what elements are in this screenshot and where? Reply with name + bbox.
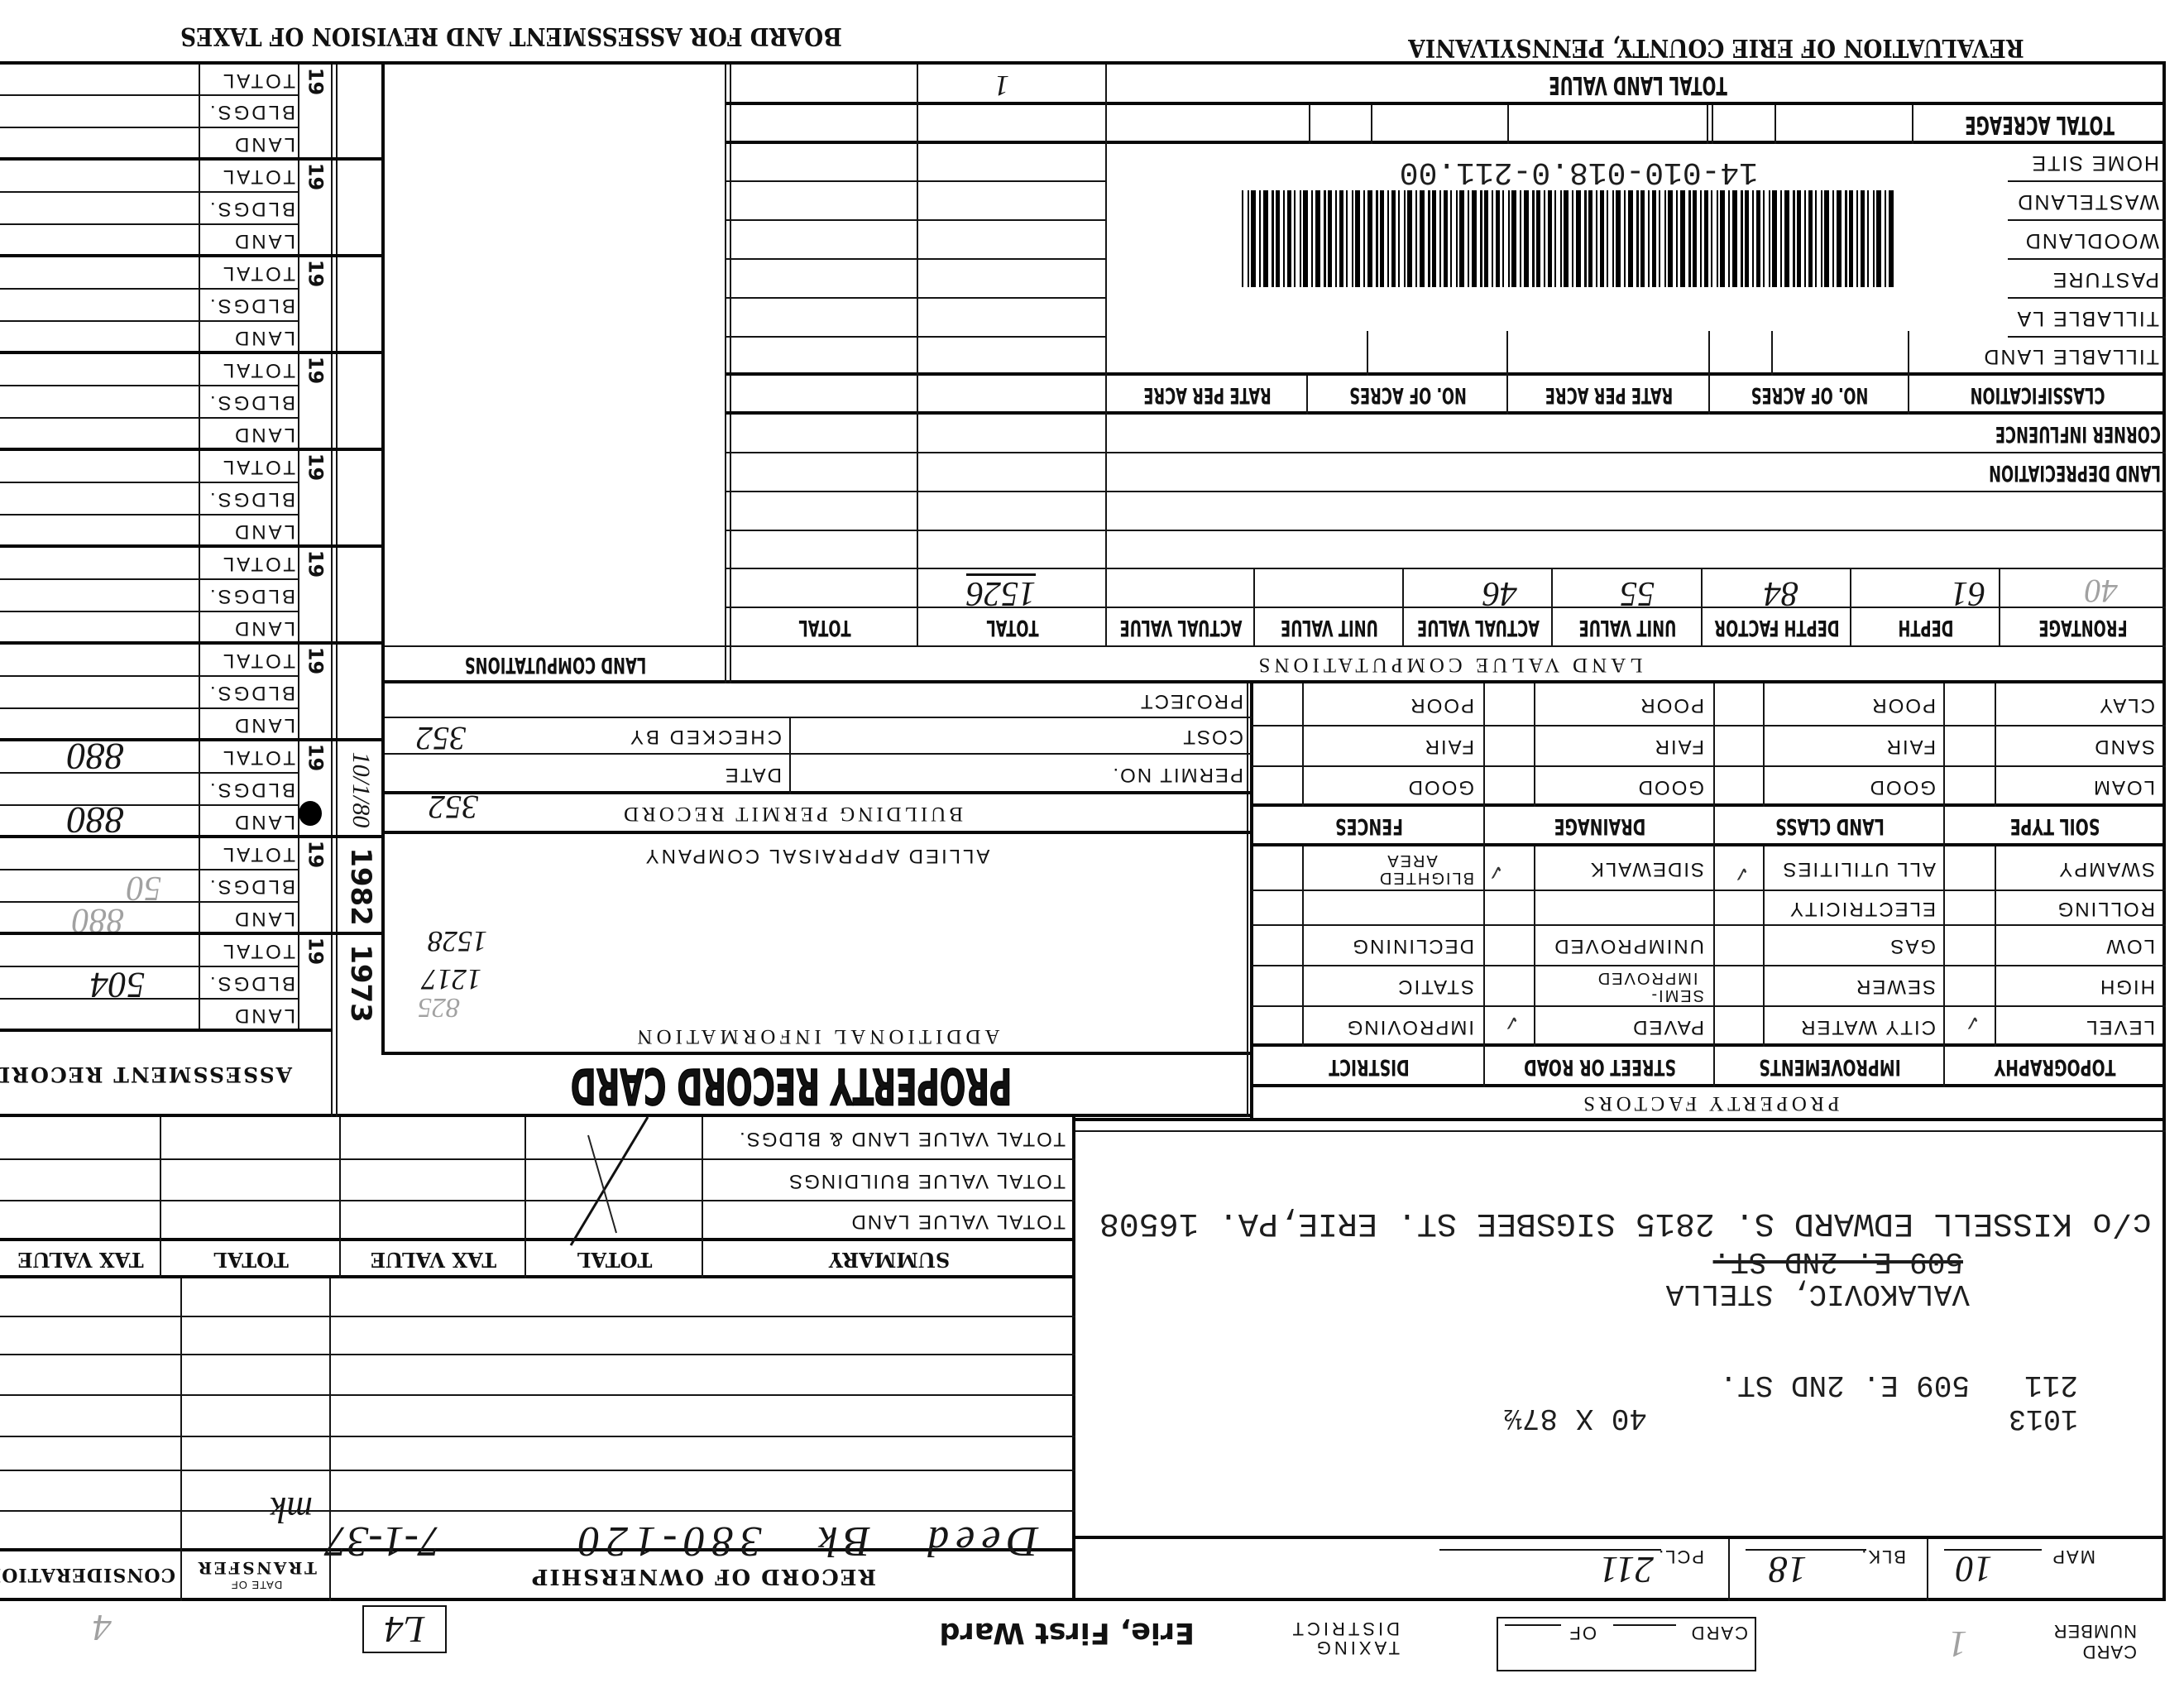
fences-header: FENCES (1288, 807, 1450, 846)
rate-per-acre-header: RATE PER ACRE (1141, 376, 1273, 415)
assessment-land-label: LAND (203, 612, 295, 645)
frontage-header: FRONTAGE (2028, 608, 2138, 647)
summary-row-land: TOTAL VALUE LAND (710, 1201, 1066, 1241)
taxing-district-label: TAXING DISTRICT (1290, 1619, 1400, 1657)
pf-electricity: ELECTRICITY (1766, 891, 1936, 926)
street-or-road-header: STREET OR ROAD (1520, 1047, 1681, 1087)
card-number-label-line1: CARD (2053, 1642, 2137, 1662)
assessment-land-label: LAND (203, 225, 295, 257)
rule-line (1253, 569, 1255, 647)
rule-line (1302, 683, 1304, 807)
pf-low: LOW (1998, 926, 2155, 966)
check-mark-level: ✓ (1962, 1012, 1981, 1034)
appraisal-company: ALLIED APPRAISAL COMPANY (385, 842, 1248, 869)
rule-line (1534, 846, 1535, 1047)
rule-line (726, 568, 2166, 569)
rule-line (1713, 683, 1715, 1087)
date-of-transfer-entry: mk (271, 1491, 313, 1527)
total-column-mark: 1 (994, 71, 1009, 101)
rule-line (0, 1316, 1075, 1317)
rule-line (1551, 569, 1553, 647)
rule-line (1763, 683, 1765, 807)
card-number-label: CARD NUMBER (2053, 1621, 2137, 1662)
assessment-year-prefix: 19 (300, 354, 333, 387)
rule-line (1075, 1536, 2166, 1539)
rule-line (1908, 376, 1909, 415)
soil-clay: CLAY (1998, 683, 2155, 727)
assessment-year-prefix: 19 (300, 645, 333, 678)
pf-declining: DECLINING (1305, 926, 1474, 966)
old-mailing-address: 509 E. 2ND ST. (1713, 1246, 1963, 1276)
land-type-home-site: HOME SITE (1928, 144, 2159, 182)
rule-line (1402, 569, 1404, 647)
land-computations-title: LAND COMPUTATIONS (443, 647, 668, 683)
rule-line (1707, 105, 1708, 144)
assessment-total-label: TOTAL (203, 741, 295, 774)
assessment-bldgs-label: BLDGS. (203, 870, 295, 903)
assessment-bldgs-label: BLDGS. (203, 580, 295, 612)
land-class-fair: FAIR (1766, 727, 1936, 767)
rule-line (1306, 376, 1308, 415)
card-number-value: 1 (1948, 1625, 1967, 1663)
property-record-card: REVALUATION OF ERIE COUNTY, PENNSYLVANIA… (0, 0, 2184, 1688)
pf-improving: IMPROVING (1305, 1007, 1474, 1047)
pf-semi-improved: SEMI- IMPROVED (1537, 966, 1704, 1007)
date-of-transfer-label-line2: TRANSFER (182, 1560, 331, 1576)
ownership-record-entry: Deed Bk 380-120 (572, 1519, 1038, 1562)
assessment-year-note: 10/1/80 (313, 766, 409, 813)
unit-value-header: UNIT VALUE (1578, 608, 1677, 647)
assessment-year-prefix: 19 (300, 161, 333, 194)
barcode (1240, 190, 1894, 287)
drainage-poor: POOR (1537, 683, 1704, 727)
blk-label: BLK. (1860, 1547, 1906, 1566)
land-depreciation-label: LAND DEPRECIATION (1942, 453, 2161, 492)
cross-out-mark (546, 1113, 662, 1254)
rule-line (1999, 569, 2000, 647)
revaluation-title: REVALUATION OF ERIE COUNTY, PENNSYLVANIA (1440, 33, 1991, 61)
rule-line (1912, 105, 1913, 144)
assessment-year-note: 1973 (313, 960, 409, 1007)
owner-name: VALAKOVIC, STELLA (1666, 1278, 1970, 1308)
rule-line (1302, 846, 1304, 1047)
taxing-district-label-line1: TAXING (1290, 1638, 1400, 1657)
consideration-header: CONSIDERATION (0, 1566, 175, 1584)
pf-gas: GAS (1766, 926, 1936, 966)
rule-line (0, 1436, 1075, 1437)
soil-sand: SAND (1998, 727, 2155, 767)
card-of-card-label: CARD (1690, 1623, 1748, 1642)
rule-line (1506, 331, 1508, 376)
property-factors-title: PROPERTY FACTORS (1253, 1087, 2166, 1120)
depth-factor-header: DEPTH FACTOR (1728, 608, 1827, 647)
classification-header: CLASSIFICATION (1953, 376, 2123, 415)
rule-line (180, 1278, 182, 1601)
assessment-total-label: TOTAL (203, 161, 295, 193)
rule-line (1943, 683, 1945, 1087)
rule-line (1247, 683, 1248, 1117)
depth-factor-value: 84 (1764, 576, 1798, 611)
rule-line (1927, 1539, 1928, 1601)
assessment-total-label: TOTAL (203, 645, 295, 677)
rate-per-acre-header: RATE PER ACRE (1542, 376, 1675, 415)
rule-line (726, 530, 2166, 531)
land-type-pasture: PASTURE (1928, 260, 2159, 299)
additional-information-title: ADDITIONAL INFORMATION (385, 1023, 1248, 1051)
taxing-district-value: Erie, First Ward (939, 1618, 1195, 1647)
fences-good: GOOD (1305, 767, 1474, 807)
lot-note-value: L4 (362, 1605, 447, 1653)
corner-influence-label: CORNER INFLUENCE (1942, 415, 2161, 453)
assessment-total-label: TOTAL (203, 935, 295, 967)
pf-all-utilities: ALL UTILITIES (1766, 846, 1936, 891)
rule-line (1507, 105, 1509, 144)
assessment-total-value: 880 (67, 737, 124, 775)
board-title: BOARD FOR ASSESSMENT AND REVISION OF TAX… (220, 22, 802, 50)
card-of-blank-line (1505, 1624, 1561, 1626)
rule-line (1506, 376, 1508, 415)
land-class-good: GOOD (1766, 767, 1936, 807)
depth-value: 61 (1951, 576, 1985, 611)
district-header: DISTRICT (1288, 1047, 1450, 1087)
assessment-bldgs-value: 50 (127, 870, 161, 905)
drainage-good: GOOD (1537, 767, 1704, 807)
rule-line (1774, 105, 1776, 144)
rule-line (1771, 331, 1773, 376)
drainage-fair: FAIR (1537, 727, 1704, 767)
no-of-acres-header: NO. OF ACRES (1744, 376, 1875, 415)
land-type-tillable-land: TILLABLE LAND (1928, 338, 2159, 376)
assessment-year-prefix: 19 (300, 548, 333, 581)
rule-line (199, 65, 200, 1032)
check-mark-sidewalk: ✓ (1486, 861, 1505, 884)
building-permit-note: 352 (429, 790, 478, 823)
drainage-header: DRAINAGE (1520, 807, 1681, 846)
assessment-bldgs-label: BLDGS. (203, 193, 295, 225)
rule-line (1534, 683, 1535, 807)
assessment-land-label: LAND (203, 128, 295, 161)
summary-header: SUMMARY (703, 1241, 1075, 1278)
pf-high: HIGH (1998, 966, 2155, 1007)
rule-line (0, 1354, 1075, 1355)
rule-line (1250, 683, 1253, 1120)
assessment-year-prefix: 19 (300, 257, 333, 290)
rule-line (1908, 331, 1909, 376)
use-code: 1013 (2009, 1403, 2078, 1432)
permit-no-label: PERMIT NO. (995, 755, 1243, 794)
pcl-label: PCL. (1657, 1547, 1704, 1566)
pf-static: STATIC (1305, 966, 1474, 1007)
summary-tax-value-header: TAX VALUE (0, 1241, 161, 1278)
check-mark-all-utilities: ✓ (1731, 863, 1751, 885)
rule-line (1309, 105, 1310, 144)
assessment-total-label: TOTAL (203, 548, 295, 580)
permit-date-label: DATE (616, 755, 782, 794)
rule-line (1367, 331, 1368, 376)
assessment-total-label: TOTAL (203, 838, 295, 870)
cost-label: COST (1078, 718, 1243, 755)
card-of-of-label: OF (1568, 1623, 1597, 1642)
rule-line (383, 1052, 1252, 1055)
assessment-land-label: LAND (203, 322, 295, 354)
actual-value-header: ACTUAL VALUE (1430, 608, 1528, 647)
assessment-bldgs-label: BLDGS. (203, 96, 295, 128)
assessment-bldgs-label: BLDGS. (203, 774, 295, 806)
assessment-bldgs-value: 504 (90, 966, 145, 1003)
assessment-total-label: TOTAL (203, 65, 295, 96)
assessment-record-title: ASSESSMENT RECORD (0, 1064, 292, 1085)
map-value: 10 (1956, 1551, 1992, 1587)
pf-sidewalk: SIDEWALK (1537, 846, 1704, 891)
no-of-acres-header: NO. OF ACRES (1342, 376, 1474, 415)
rule-line (1708, 376, 1710, 415)
blk-value: 18 (1769, 1551, 1807, 1589)
total-value: 1526 (966, 573, 1036, 611)
rule-line (917, 65, 918, 647)
actual-value-header: ACTUAL VALUE (1132, 608, 1229, 647)
assessment-land-value: 880 (72, 903, 124, 938)
punch-dot (299, 801, 322, 826)
rule-line (1763, 846, 1765, 1047)
total-header: TOTAL (763, 608, 886, 647)
property-location: 509 E. 2ND ST. (1720, 1369, 1970, 1399)
soil-type-header: SOIL TYPE (1978, 807, 2132, 846)
parcel-number: 211 (2024, 1369, 2078, 1399)
rule-line (1371, 105, 1372, 144)
rule-line (1483, 683, 1485, 1087)
date-of-transfer-header: DATE OF TRANSFER (182, 1560, 331, 1590)
assessment-total-label: TOTAL (203, 257, 295, 290)
assessment-land-label: LAND (203, 903, 295, 935)
corner-note: 4 (93, 1609, 112, 1647)
total-header: TOTAL (951, 608, 1075, 647)
assessment-total-label: TOTAL (203, 354, 295, 386)
pf-rolling: ROLLING (1998, 891, 2155, 926)
date-of-transfer-label-line1: DATE OF (182, 1580, 331, 1590)
assessment-year-prefix: 19 (300, 65, 333, 98)
rule-line (0, 1470, 1075, 1471)
assessment-bldgs-label: BLDGS. (203, 290, 295, 322)
land-class-poor: POOR (1766, 683, 1936, 727)
fences-fair: FAIR (1305, 727, 1474, 767)
additional-note: 825 (418, 993, 460, 1021)
land-type-tillable-la: TILLABLE LA (1928, 299, 2159, 338)
pf-blighted-area: BLIGHTED AREA (1305, 846, 1474, 891)
rule-line (1712, 105, 1713, 144)
land-type-woodland: WOODLAND (1928, 221, 2159, 260)
pf-swampy: SWAMPY (1998, 846, 2155, 891)
additional-note: 1528 (428, 927, 487, 957)
assessment-land-value: 880 (67, 801, 124, 839)
pf-unimproved: UNIMPROVED (1537, 926, 1704, 966)
rule-line (1072, 1117, 1075, 1601)
card-of-blank-line (1613, 1624, 1676, 1626)
land-class-header: LAND CLASS (1750, 807, 1911, 846)
actual-value: 46 (1482, 576, 1517, 611)
frontage-value: 40 (2085, 574, 2118, 607)
fences-poor: POOR (1305, 683, 1474, 727)
checked-by-value: 352 (416, 722, 466, 755)
rule-line (1850, 569, 1851, 647)
assessment-land-label: LAND (203, 516, 295, 548)
mailing-address: c/o KISSELL EDWARD S. 2815 SIGSBEE ST. E… (1099, 1206, 2152, 1239)
land-type-wasteland: WASTELAND (1928, 182, 2159, 221)
check-mark-paved: ✓ (1501, 1012, 1521, 1034)
assessment-year-prefix: 19 (300, 451, 333, 484)
assessment-land-label: LAND (203, 1000, 295, 1032)
land-value-computations-title: LAND VALUE COMPUTATIONS (731, 647, 2166, 683)
assessment-bldgs-label: BLDGS. (203, 483, 295, 516)
rule-line (1995, 683, 1996, 807)
rule-line (0, 1598, 2166, 1601)
rule-line (1728, 1539, 1730, 1601)
assessment-land-label: LAND (203, 419, 295, 451)
pf-paved: PAVED (1537, 1007, 1704, 1047)
assessment-bldgs-label: BLDGS. (203, 967, 295, 1000)
summary-tax-value-header: TAX VALUE (341, 1241, 526, 1278)
assessment-bldgs-label: BLDGS. (203, 677, 295, 709)
assessment-total-label: TOTAL (203, 451, 295, 483)
total-acreage-label: TOTAL ACREAGE (1956, 105, 2123, 144)
unit-value: 55 (1620, 576, 1655, 611)
depth-header: DEPTH (1877, 608, 1976, 647)
pcl-value: 211 (1599, 1551, 1654, 1589)
pf-city-water: CITY WATER (1766, 1007, 1936, 1047)
summary-row-buildings: TOTAL VALUE BUILDINGS (710, 1160, 1066, 1201)
project-label: PROJECT (1045, 683, 1243, 718)
ownership-record-date: 7-1-37 (325, 1519, 440, 1562)
pf-sewer: SEWER (1766, 966, 1936, 1007)
additional-note: 1217 (422, 965, 481, 995)
assessment-land-label: LAND (203, 709, 295, 741)
assessment-bldgs-label: BLDGS. (203, 386, 295, 419)
unit-value-header: UNIT VALUE (1281, 608, 1379, 647)
page-title: PROPERTY RECORD CARD (505, 1055, 1076, 1117)
summary-row-land-and-buildings: TOTAL VALUE LAND & BLDGS. (710, 1117, 1066, 1160)
rule-line (2162, 65, 2166, 1601)
rule-line (1708, 331, 1710, 376)
soil-loam: LOAM (1998, 767, 2155, 807)
rule-line (0, 1394, 1075, 1396)
checked-by-label: CHECKED BY (567, 718, 782, 755)
improvements-header: IMPROVEMENTS (1750, 1047, 1911, 1087)
rule-line (1701, 569, 1703, 647)
pf-level: LEVEL (1998, 1007, 2155, 1047)
lot-size: 40 X 87½ (1504, 1403, 1647, 1432)
rule-line (0, 1510, 1075, 1512)
card-number-label-line2: NUMBER (2053, 1621, 2137, 1642)
parcel-id: 14-010-018.0-211.00 (1400, 156, 1758, 187)
taxing-district-label-line2: DISTRICT (1290, 1619, 1400, 1638)
topography-header: TOPOGRAPHY (1978, 1047, 2132, 1087)
map-label: MAP (2051, 1547, 2095, 1566)
rule-line (789, 718, 791, 794)
rule-line (1075, 1130, 2166, 1132)
rule-line (1105, 65, 1107, 647)
assessment-land-label: LAND (203, 806, 295, 838)
assessment-year-note: 1982 (313, 863, 409, 910)
summary-total-header: TOTAL (161, 1241, 341, 1278)
total-land-value-label: TOTAL LAND VALUE (1290, 65, 1986, 105)
rule-line (1995, 846, 1996, 1047)
